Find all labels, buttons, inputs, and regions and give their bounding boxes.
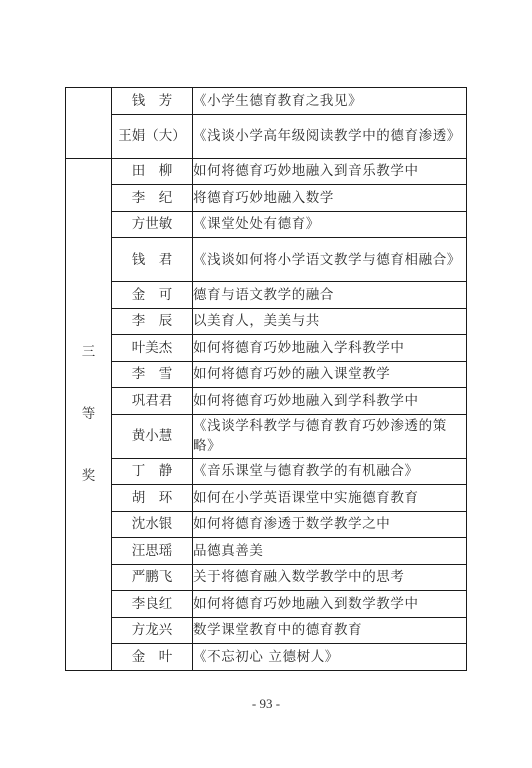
author-name: 汪思瑶 bbox=[112, 538, 193, 565]
author-name: 严鹏飞 bbox=[112, 564, 193, 591]
table-row: 方世敏 《课堂处处有德育》 bbox=[66, 211, 467, 238]
paper-title: 如何将德育巧妙地融入到数学教学中 bbox=[193, 591, 467, 618]
author-name: 丁 静 bbox=[112, 458, 193, 485]
paper-title: 如何将德育渗透于数学教学之中 bbox=[193, 511, 467, 538]
award-char: 奖 bbox=[82, 467, 96, 485]
table-row: 李 雪 如何将德育巧妙的融入课堂教学 bbox=[66, 361, 467, 388]
paper-title: 如何将德育巧妙地融入学科教学中 bbox=[193, 335, 467, 362]
author-name: 方龙兴 bbox=[112, 617, 193, 644]
table-row: 钱 君 《浅谈如何将小学语文教学与德育相融合》 bbox=[66, 238, 467, 282]
author-name: 金 叶 bbox=[112, 644, 193, 671]
paper-title: 《浅谈小学高年级阅读教学中的德育渗透》 bbox=[193, 114, 467, 158]
author-name: 巩君君 bbox=[112, 388, 193, 415]
author-name: 方世敏 bbox=[112, 211, 193, 238]
paper-title: 将德育巧妙地融入数学 bbox=[193, 185, 467, 212]
awards-table: 钱 芳 《小学生德育教育之我见》 王娟（大） 《浅谈小学高年级阅读教学中的德育渗… bbox=[65, 87, 467, 671]
paper-title: 《浅谈如何将小学语文教学与德育相融合》 bbox=[193, 238, 467, 282]
paper-title: 《浅谈学科教学与德育教育巧妙渗透的策略》 bbox=[193, 414, 467, 458]
award-label: 三 等 奖 bbox=[66, 343, 111, 485]
author-name: 黄小慧 bbox=[112, 414, 193, 458]
paper-title: 数学课堂教育中的德育教育 bbox=[193, 617, 467, 644]
author-name: 沈水银 bbox=[112, 511, 193, 538]
table-row: 严鹏飞 关于将德育融入数学教学中的思考 bbox=[66, 564, 467, 591]
author-name: 李良红 bbox=[112, 591, 193, 618]
author-name: 李 辰 bbox=[112, 308, 193, 335]
author-name: 钱 芳 bbox=[112, 88, 193, 115]
table-row: 胡 环 如何在小学英语课堂中实施德育教育 bbox=[66, 485, 467, 512]
paper-title: 《不忘初心 立德树人》 bbox=[193, 644, 467, 671]
awards-table-body: 钱 芳 《小学生德育教育之我见》 王娟（大） 《浅谈小学高年级阅读教学中的德育渗… bbox=[66, 88, 467, 671]
award-cell-third-prize: 三 等 奖 bbox=[66, 158, 112, 670]
page-number: - 93 - bbox=[0, 696, 532, 712]
paper-title: 德育与语文教学的融合 bbox=[193, 282, 467, 309]
author-name: 叶美杰 bbox=[112, 335, 193, 362]
table-row: 丁 静 《音乐课堂与德育教学的有机融合》 bbox=[66, 458, 467, 485]
author-name: 胡 环 bbox=[112, 485, 193, 512]
paper-title: 《音乐课堂与德育教学的有机融合》 bbox=[193, 458, 467, 485]
table-row: 金 叶 《不忘初心 立德树人》 bbox=[66, 644, 467, 671]
author-name: 李 雪 bbox=[112, 361, 193, 388]
paper-title: 以美育人，美美与共 bbox=[193, 308, 467, 335]
author-name: 田 柳 bbox=[112, 158, 193, 185]
paper-title: 《小学生德育教育之我见》 bbox=[193, 88, 467, 115]
award-char: 等 bbox=[82, 405, 96, 423]
paper-title: 如何将德育巧妙地融入到音乐教学中 bbox=[193, 158, 467, 185]
author-name: 钱 君 bbox=[112, 238, 193, 282]
table-row: 汪思瑶 品德真善美 bbox=[66, 538, 467, 565]
paper-title: 品德真善美 bbox=[193, 538, 467, 565]
author-name: 金 可 bbox=[112, 282, 193, 309]
table-row: 三 等 奖 田 柳 如何将德育巧妙地融入到音乐教学中 bbox=[66, 158, 467, 185]
table-row: 巩君君 如何将德育巧妙地融入到学科教学中 bbox=[66, 388, 467, 415]
author-name: 李 纪 bbox=[112, 185, 193, 212]
table-row: 叶美杰 如何将德育巧妙地融入学科教学中 bbox=[66, 335, 467, 362]
paper-title: 如何将德育巧妙的融入课堂教学 bbox=[193, 361, 467, 388]
paper-title: 如何在小学英语课堂中实施德育教育 bbox=[193, 485, 467, 512]
author-name: 王娟（大） bbox=[112, 114, 193, 158]
paper-title: 关于将德育融入数学教学中的思考 bbox=[193, 564, 467, 591]
document-page: 钱 芳 《小学生德育教育之我见》 王娟（大） 《浅谈小学高年级阅读教学中的德育渗… bbox=[0, 0, 532, 768]
table-row: 金 可 德育与语文教学的融合 bbox=[66, 282, 467, 309]
table-row: 李 辰 以美育人，美美与共 bbox=[66, 308, 467, 335]
table-row: 方龙兴 数学课堂教育中的德育教育 bbox=[66, 617, 467, 644]
paper-title: 《课堂处处有德育》 bbox=[193, 211, 467, 238]
table-row: 王娟（大） 《浅谈小学高年级阅读教学中的德育渗透》 bbox=[66, 114, 467, 158]
paper-title: 如何将德育巧妙地融入到学科教学中 bbox=[193, 388, 467, 415]
award-cell-previous bbox=[66, 88, 112, 159]
table-row: 李 纪 将德育巧妙地融入数学 bbox=[66, 185, 467, 212]
award-char: 三 bbox=[82, 343, 96, 361]
table-row: 黄小慧 《浅谈学科教学与德育教育巧妙渗透的策略》 bbox=[66, 414, 467, 458]
table-row: 钱 芳 《小学生德育教育之我见》 bbox=[66, 88, 467, 115]
table-row: 李良红 如何将德育巧妙地融入到数学教学中 bbox=[66, 591, 467, 618]
table-row: 沈水银 如何将德育渗透于数学教学之中 bbox=[66, 511, 467, 538]
